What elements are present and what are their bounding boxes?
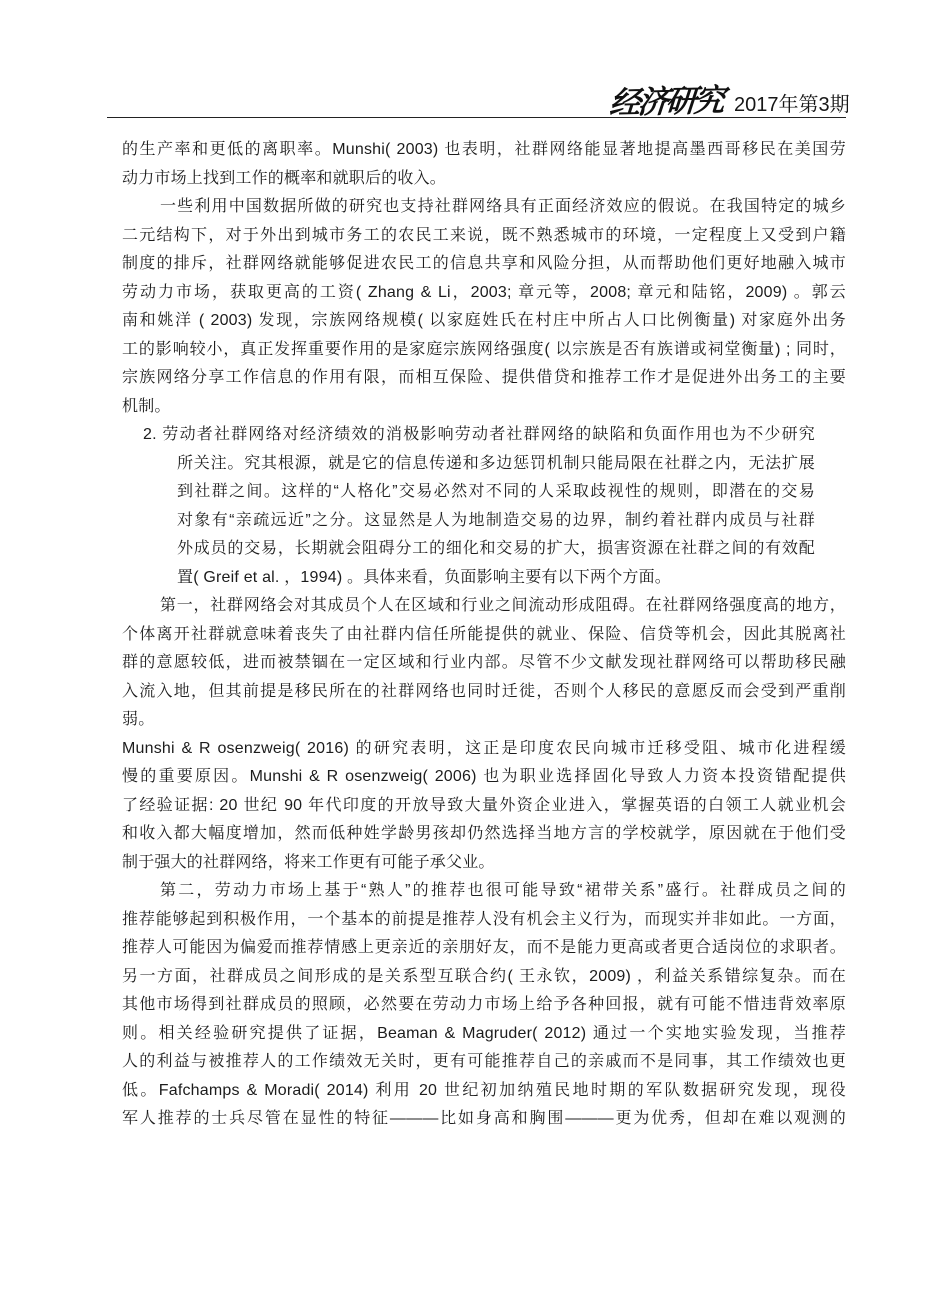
text-line: 慢的重要原因。Munshi & R osenzweig( 2006) 也为职业选… (122, 763, 846, 792)
text-line: 的生产率和更低的离职率。Munshi( 2003) 也表明，社群网络能显著地提高… (122, 136, 846, 165)
text-line: 工的影响较小，真正发挥重要作用的是家庭宗族网络强度( 以宗族是否有族谱或祠堂衡量… (122, 336, 846, 365)
text-line: 南和姚洋 ( 2003) 发现，宗族网络规模( 以家庭姓氏在村庄中所占人口比例衡… (122, 307, 846, 336)
text-line: 了经验证据: 20 世纪 90 年代印度的开放导致大量外资企业进入，掌握英语的白… (122, 792, 846, 821)
text-line: 制度的排斥，社群网络就能够促进农民工的信息共享和风险分担，从而帮助他们更好地融入… (122, 250, 846, 279)
text-line: 外成员的交易，长期就会阻碍分工的细化和交易的扩大，损害资源在社群之间的有效配 (177, 535, 815, 564)
text-line: 动力市场上找到工作的概率和就职后的收入。 (122, 165, 846, 194)
text-line: 则。相关经验研究提供了证据，Beaman & Magruder( 2012) 通… (122, 1020, 846, 1049)
journal-page: 经济研究 2017年第3期 的生产率和更低的离职率。Munshi( 2003) … (0, 0, 950, 1290)
text-line: 置( Greif et al. ，1994) 。具体来看，负面影响主要有以下两个… (177, 564, 815, 593)
text-line: 和收入都大幅度增加，然而低种姓学龄男孩却仍然选择当地方言的学校就学，原因就在于他… (122, 820, 846, 849)
text-line: 二元结构下，对于外出到城市务工的农民工来说，既不熟悉城市的环境，一定程度上又受到… (122, 222, 846, 251)
text-line: 推荐能够起到积极作用，一个基本的前提是推荐人没有机会主义行为，而现实并非如此。一… (122, 906, 846, 935)
text-line: 弱。 (122, 706, 846, 735)
text-line: 对象有“亲疏远近”之分。这显然是人为地制造交易的边界，制约着社群内成员与社群 (177, 507, 815, 536)
text-line: 制于强大的社群网络，将来工作更有可能子承父业。 (122, 849, 846, 878)
journal-logo: 经济研究 (608, 74, 734, 122)
text-line: 劳动力市场，获取更高的工资( Zhang & Li，2003; 章元等，2008… (122, 279, 846, 308)
text-line: 第二，劳动力市场上基于“熟人”的推荐也很可能导致“裙带关系”盛行。社群成员之间的 (122, 877, 846, 906)
issue-label: 2017年第3期 (734, 88, 850, 117)
text-line: 另一方面，社群成员之间形成的是关系型互联合约( 王永钦，2009) ，利益关系错… (122, 963, 846, 992)
text-line: 所关注。究其根源，就是它的信息传递和多边惩罚机制只能局限在社群之内，无法扩展 (177, 450, 815, 479)
text-line: 第一，社群网络会对其成员个人在区域和行业之间流动形成阻碍。在社群网络强度高的地方… (122, 592, 846, 621)
text-line: 机制。 (122, 393, 846, 422)
text-line: 人的利益与被推荐人的工作绩效无关时，更有可能推荐自己的亲戚而不是同事，其工作绩效… (122, 1048, 846, 1077)
text-line: 个体离开社群就意味着丧失了由社群内信任所能提供的就业、保险、信贷等机会，因此其脱… (122, 621, 846, 650)
text-line: 一些利用中国数据所做的研究也支持社群网络具有正面经济效应的假说。在我国特定的城乡 (122, 193, 846, 222)
text-line: 入流入地，但其前提是移民所在的社群网络也同时迁徙，否则个人移民的意愿反而会受到严… (122, 678, 846, 707)
text-line: 2. 劳动者社群网络对经济绩效的消极影响劳动者社群网络的缺陷和负面作用也为不少研… (143, 421, 815, 450)
header-divider (107, 117, 846, 118)
text-line: 其他市场得到社群成员的照顾，必然要在劳动力市场上给予各种回报，就有可能不惜违背效… (122, 991, 846, 1020)
text-line: 推荐人可能因为偏爱而推荐情感上更亲近的亲朋好友，而不是能力更高或者更合适岗位的求… (122, 934, 846, 963)
text-line: 低。Fafchamps & Moradi( 2014) 利用 20 世纪初加纳殖… (122, 1077, 846, 1106)
text-line: 到社群之间。这样的“人格化”交易必然对不同的人采取歧视性的规则，即潜在的交易 (177, 478, 815, 507)
article-body: 的生产率和更低的离职率。Munshi( 2003) 也表明，社群网络能显著地提高… (122, 136, 846, 1134)
text-line: 军人推荐的士兵尽管在显性的特征———比如身高和胸围———更为优秀，但却在难以观测… (122, 1105, 846, 1134)
text-line: 群的意愿较低，进而被禁锢在一定区域和行业内部。尽管不少文献发现社群网络可以帮助移… (122, 649, 846, 678)
text-line: 宗族网络分享工作信息的作用有限，而相互保险、提供借贷和推荐工作才是促进外出务工的… (122, 364, 846, 393)
text-line: Munshi & R osenzweig( 2016) 的研究表明，这正是印度农… (122, 735, 846, 764)
